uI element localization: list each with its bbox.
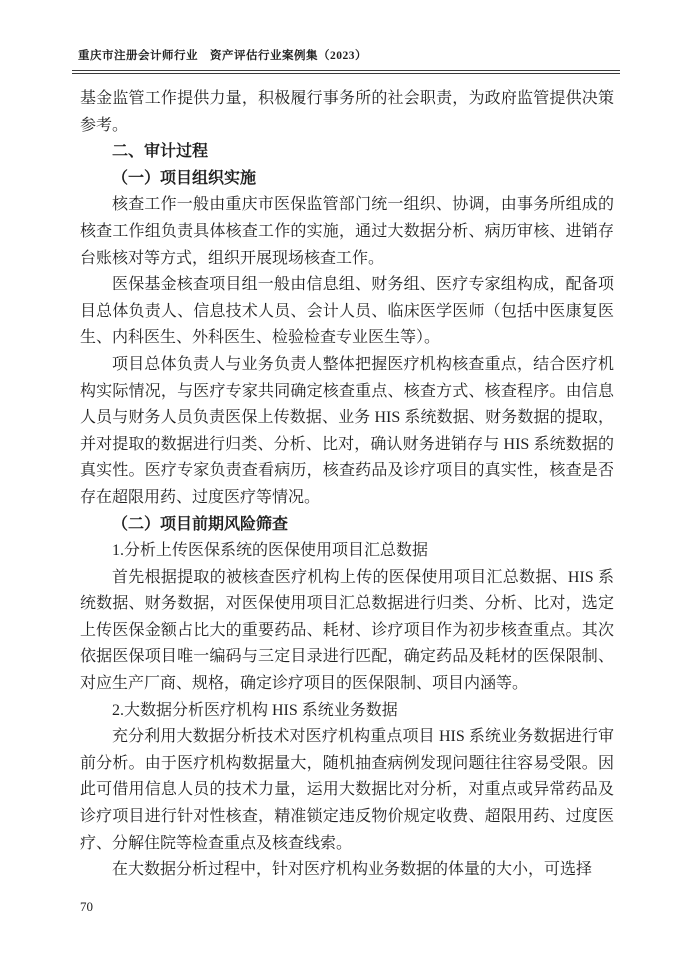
document-body: 基金监管工作提供力量，积极履行事务所的社会职责，为政府监管提供决策参考。 二、审…	[80, 86, 614, 884]
paragraph: 医保基金核查项目组一般由信息组、财务组、医疗专家组构成，配备项目总体负责人、信息…	[80, 272, 614, 352]
paragraph-continuation: 基金监管工作提供力量，积极履行事务所的社会职责，为政府监管提供决策参考。	[80, 86, 614, 139]
section-heading-audit-process: 二、审计过程	[80, 139, 614, 166]
paragraph: 充分利用大数据分析技术对医疗机构重点项目 HIS 系统业务数据进行审前分析。由于…	[80, 724, 614, 857]
page-number: 70	[80, 899, 93, 915]
paragraph: 首先根据提取的被核查医疗机构上传的医保使用项目汇总数据、HIS 系统数据、财务数…	[80, 565, 614, 698]
running-header: 重庆市注册会计师行业 资产评估行业案例集（2023）	[78, 47, 618, 63]
paragraph: 核查工作一般由重庆市医保监管部门统一组织、协调，由事务所组成的核查工作组负责具体…	[80, 192, 614, 272]
subsection-heading-project-organization: （一）项目组织实施	[80, 166, 614, 193]
subsection-heading-preliminary-risk-screening: （二）项目前期风险筛查	[80, 512, 614, 539]
paragraph: 项目总体负责人与业务负责人整体把握医疗机构核查重点，结合医疗机构实际情况，与医疗…	[80, 352, 614, 512]
numbered-item-heading: 1.分析上传医保系统的医保使用项目汇总数据	[80, 538, 614, 565]
numbered-item-heading: 2.大数据分析医疗机构 HIS 系统业务数据	[80, 698, 614, 725]
paragraph: 在大数据分析过程中，针对医疗机构业务数据的体量的大小，可选择	[80, 857, 614, 884]
header-rule	[72, 70, 620, 74]
document-page: 重庆市注册会计师行业 资产评估行业案例集（2023） 基金监管工作提供力量，积极…	[0, 0, 692, 979]
